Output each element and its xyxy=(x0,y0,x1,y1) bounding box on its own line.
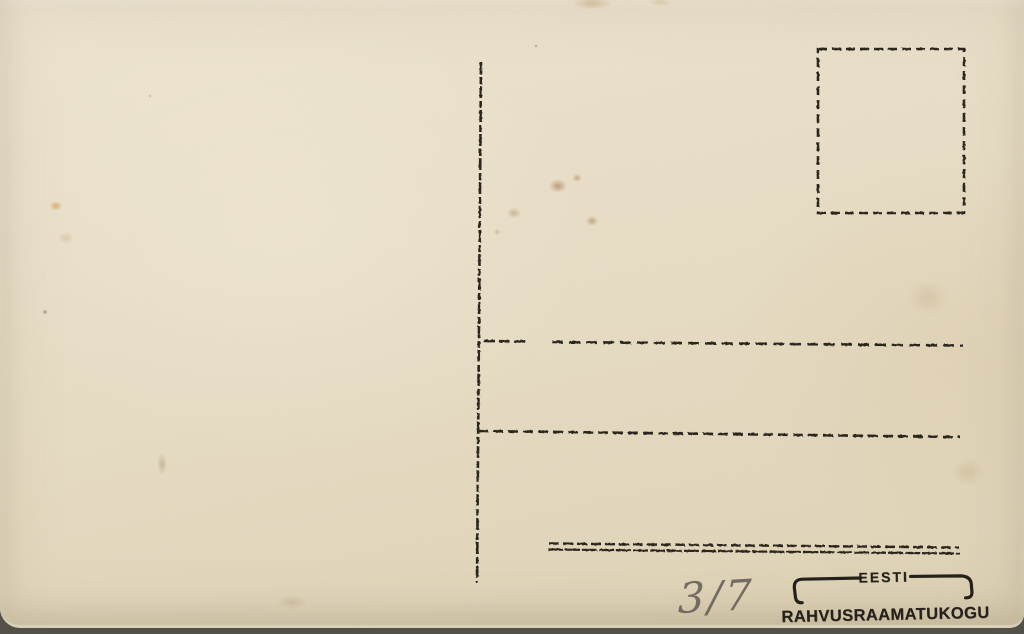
library-stamp: EESTI RAHVUSRAAMATUKOGU xyxy=(780,563,987,627)
paper-grain xyxy=(0,0,1024,625)
scanned-postcard-back: EESTI RAHVUSRAAMATUKOGU 3/7 xyxy=(0,0,1024,634)
printed-ink-overlay xyxy=(0,0,1024,634)
handwritten-number: 3/7 xyxy=(678,570,755,623)
address-line-1-start xyxy=(484,341,528,342)
